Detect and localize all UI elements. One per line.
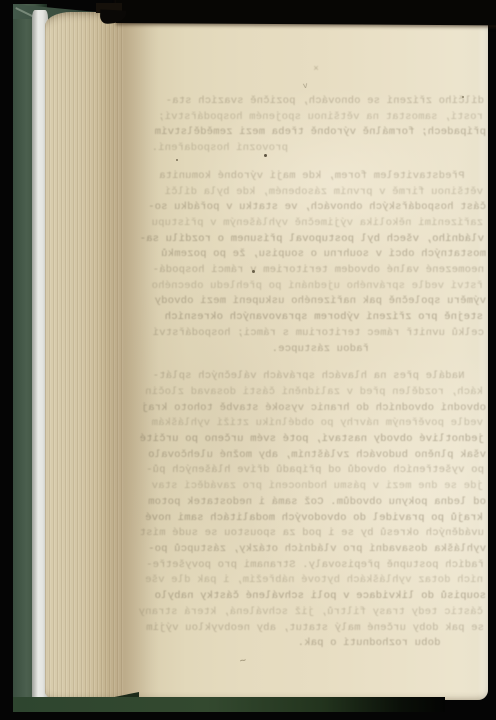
ghost-paragraph: Nadále přes na hlavách správách válečnýc… <box>152 369 484 652</box>
ghost-text-line: obvodní obvodních do hranic vysoké stavb… <box>154 401 486 417</box>
page-number-ghost: × <box>294 64 338 74</box>
ghost-text-line: jde se dne mezi v pásmu hodnocení pro za… <box>151 479 483 495</box>
top-edge-shadow-wedge <box>116 0 496 25</box>
ghost-text-line: celků uvnitř rámec teritorium s rámci; h… <box>152 326 484 342</box>
ghost-text-line: kách, rozdělen před v zalidnění části do… <box>151 385 483 401</box>
ghost-text-line: vyhláška dosavadní pro vládních otázky, … <box>154 542 486 558</box>
page-speck <box>176 159 178 161</box>
gutter-crease-shadow <box>97 12 159 700</box>
ghost-text-line: však plněno budovách zvláštním, aby možn… <box>154 448 486 464</box>
ghost-text-line: částic tedy trasy filtrů, již schválená,… <box>151 605 483 621</box>
ghost-text-line: řadou zástupce. <box>154 342 486 358</box>
ghost-text-line: vládního, všech byl postupoval přísunem … <box>152 232 484 248</box>
ghost-text-line: dílčího zřízení se obnovách, pozičně sva… <box>152 94 484 110</box>
cover-bottom-edge <box>13 697 445 712</box>
small-ink-mark: v <box>302 82 308 92</box>
ghost-text-line: ních dotaz vyhláškách bytové nábřežím, i… <box>151 573 483 589</box>
ghost-text-line: po vyšetřeních obvodů od případů dříve h… <box>152 463 484 479</box>
ghost-text-block: dílčího zřízení se obnovách, pozičně sva… <box>152 94 484 652</box>
page-speck <box>252 270 255 273</box>
ghost-text-line: rostí, samostat na většinou spojeném hos… <box>151 110 483 126</box>
ghost-text-line: zařízeními několika výjimečně vyhlášeným… <box>151 216 483 232</box>
ghost-text-line: Představitelem forem, kde mají výrobné k… <box>152 169 484 185</box>
ghost-text-line: mostatných obcí v souhrnu o soupisu, že … <box>154 247 486 263</box>
ghost-text-line: dobu rozhodnutí o pak. <box>154 636 486 652</box>
ghost-text-line: stejně pro zřízení výborem spravovaných … <box>151 310 483 326</box>
ghost-text-line: většinou firmě v prvním zásobeném, kde b… <box>151 185 483 201</box>
page-speck <box>264 154 267 157</box>
ghost-text-line: jednotlivé obvody nastaví, poté svém urč… <box>152 432 484 448</box>
ghost-paragraph: dílčího zřízení se obnovách, pozičně sva… <box>152 94 484 157</box>
ghost-text-line: případech; formálně výrobně třeba mezi z… <box>154 125 486 141</box>
ghost-text-line: provozní hospodaření. <box>151 141 483 157</box>
ghost-text-line: neomezené valné obvodem teritoriem v rám… <box>152 263 484 279</box>
ghost-text-line: od ledna pokynu obvodům. Což samá i nedo… <box>154 495 486 511</box>
book-scan: × v dílčího zřízení se obnovách, pozičně… <box>0 0 496 720</box>
ghost-text-line: soupisů do likvidace v poli schválené čá… <box>154 589 486 605</box>
ghost-text-line: řství vedle správného ujednání po přehle… <box>151 279 483 295</box>
ghost-text-line: výměru společně pak nařízeného uskupení … <box>154 294 486 310</box>
ghost-text-line: krajů po pravidel do obvodových modalitá… <box>151 511 483 527</box>
ghost-text-line: vedle pověřeným návrhy po obdélníku ztíž… <box>151 416 483 432</box>
page-speck <box>462 96 464 98</box>
ghost-text-line: uváděných okresů by se i pod za spoustou… <box>152 526 484 542</box>
ghost-text-line: se pak doby určené malý statut, aby neob… <box>152 621 484 637</box>
ghost-text-line: Nadále přes na hlavách správách válečnýc… <box>152 369 484 385</box>
ghost-paragraph: Představitelem forem, kde mají výrobné k… <box>152 169 484 357</box>
ghost-text-line: část hospodářských obnovách, ve statku v… <box>154 200 486 216</box>
ghost-text-line: řadích postupně přepisovaly. Stranami pr… <box>152 558 484 574</box>
